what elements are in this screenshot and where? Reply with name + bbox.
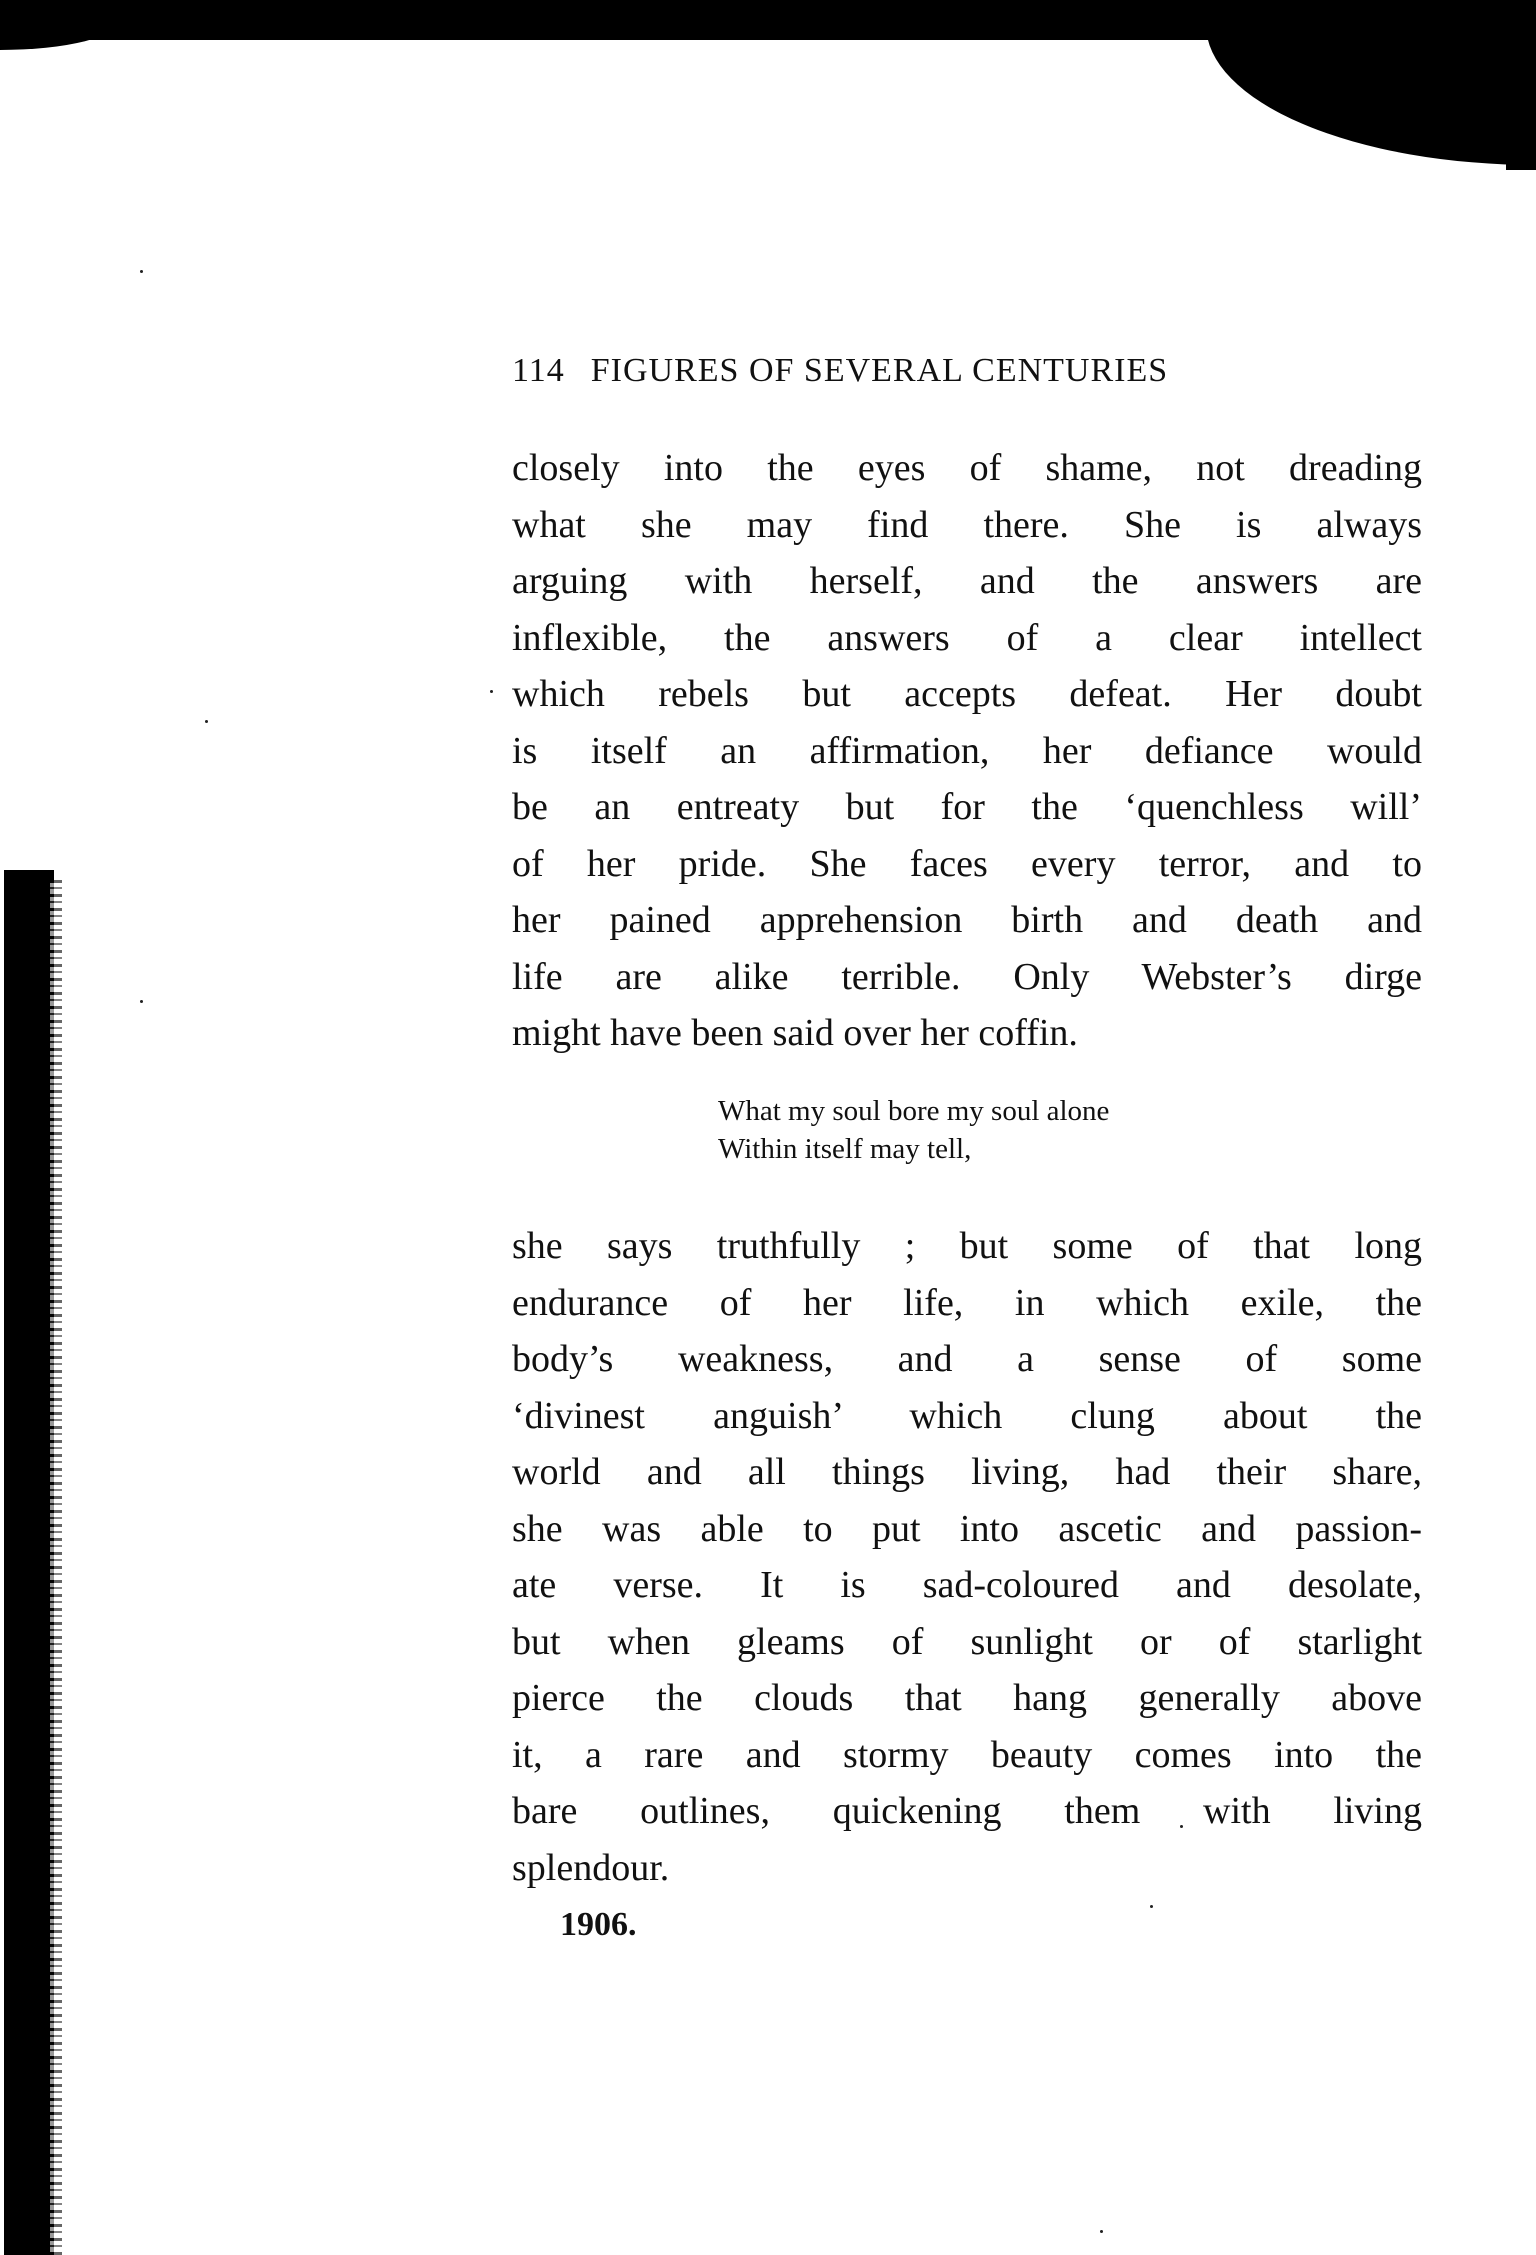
text-line: but when gleams of sunlight or of starli… (512, 1614, 1422, 1671)
essay-date: 1906. (560, 1906, 637, 1944)
page-number: 114 (512, 352, 565, 389)
text-line: splendour. (512, 1840, 1422, 1897)
text-line: of her pride. She faces every terror, an… (512, 836, 1422, 893)
scan-speck (140, 1000, 143, 1003)
text-line: what she may find there. She is always (512, 497, 1422, 554)
text-line: pierce the clouds that hang generally ab… (512, 1670, 1422, 1727)
text-line: she says truthfully ; but some of that l… (512, 1218, 1422, 1275)
scan-speck (140, 270, 143, 273)
verse-line: What my soul bore my soul alone (718, 1092, 1109, 1130)
text-line: might have been said over her coffin. (512, 1005, 1422, 1062)
scan-speck (490, 690, 493, 693)
running-header: 114FIGURES OF SEVERAL CENTURIES (512, 352, 1422, 390)
scan-right-edge-shadow (1506, 0, 1536, 170)
text-line: which rebels but accepts defeat. Her dou… (512, 666, 1422, 723)
scan-left-gutter-shadow (4, 870, 54, 2255)
paragraph-1: closely into the eyes of shame, not drea… (512, 440, 1422, 1062)
scan-top-right-corner-shadow (1206, 0, 1536, 165)
text-line: life are alike terrible. Only Webster’s … (512, 949, 1422, 1006)
scan-speck (205, 720, 208, 723)
verse-quotation: What my soul bore my soul alone Within i… (718, 1092, 1109, 1168)
scan-speck (1180, 1825, 1183, 1828)
verse-line: Within itself may tell, (718, 1130, 1109, 1168)
scan-left-gutter-edge (50, 880, 62, 2255)
text-line: her pained apprehension birth and death … (512, 892, 1422, 949)
text-line: ate verse. It is sad-coloured and desola… (512, 1557, 1422, 1614)
text-line: be an entreaty but for the ‘quenchless w… (512, 779, 1422, 836)
scan-top-left-shadow (0, 20, 120, 50)
text-line: bare outlines, quickening them with livi… (512, 1783, 1422, 1840)
text-line: she was able to put into ascetic and pas… (512, 1501, 1422, 1558)
text-line: arguing with herself, and the answers ar… (512, 553, 1422, 610)
text-line: ‘divinest anguish’ which clung about the (512, 1388, 1422, 1445)
paragraph-2: she says truthfully ; but some of that l… (512, 1218, 1422, 1896)
text-line: closely into the eyes of shame, not drea… (512, 440, 1422, 497)
text-line: is itself an affirmation, her defiance w… (512, 723, 1422, 780)
text-line: it, a rare and stormy beauty comes into … (512, 1727, 1422, 1784)
text-line: world and all things living, had their s… (512, 1444, 1422, 1501)
text-line: body’s weakness, and a sense of some (512, 1331, 1422, 1388)
text-line: endurance of her life, in which exile, t… (512, 1275, 1422, 1332)
text-line: inflexible, the answers of a clear intel… (512, 610, 1422, 667)
running-head-title: FIGURES OF SEVERAL CENTURIES (591, 352, 1168, 389)
scan-speck (1150, 1905, 1153, 1908)
scan-speck (1100, 2230, 1103, 2233)
